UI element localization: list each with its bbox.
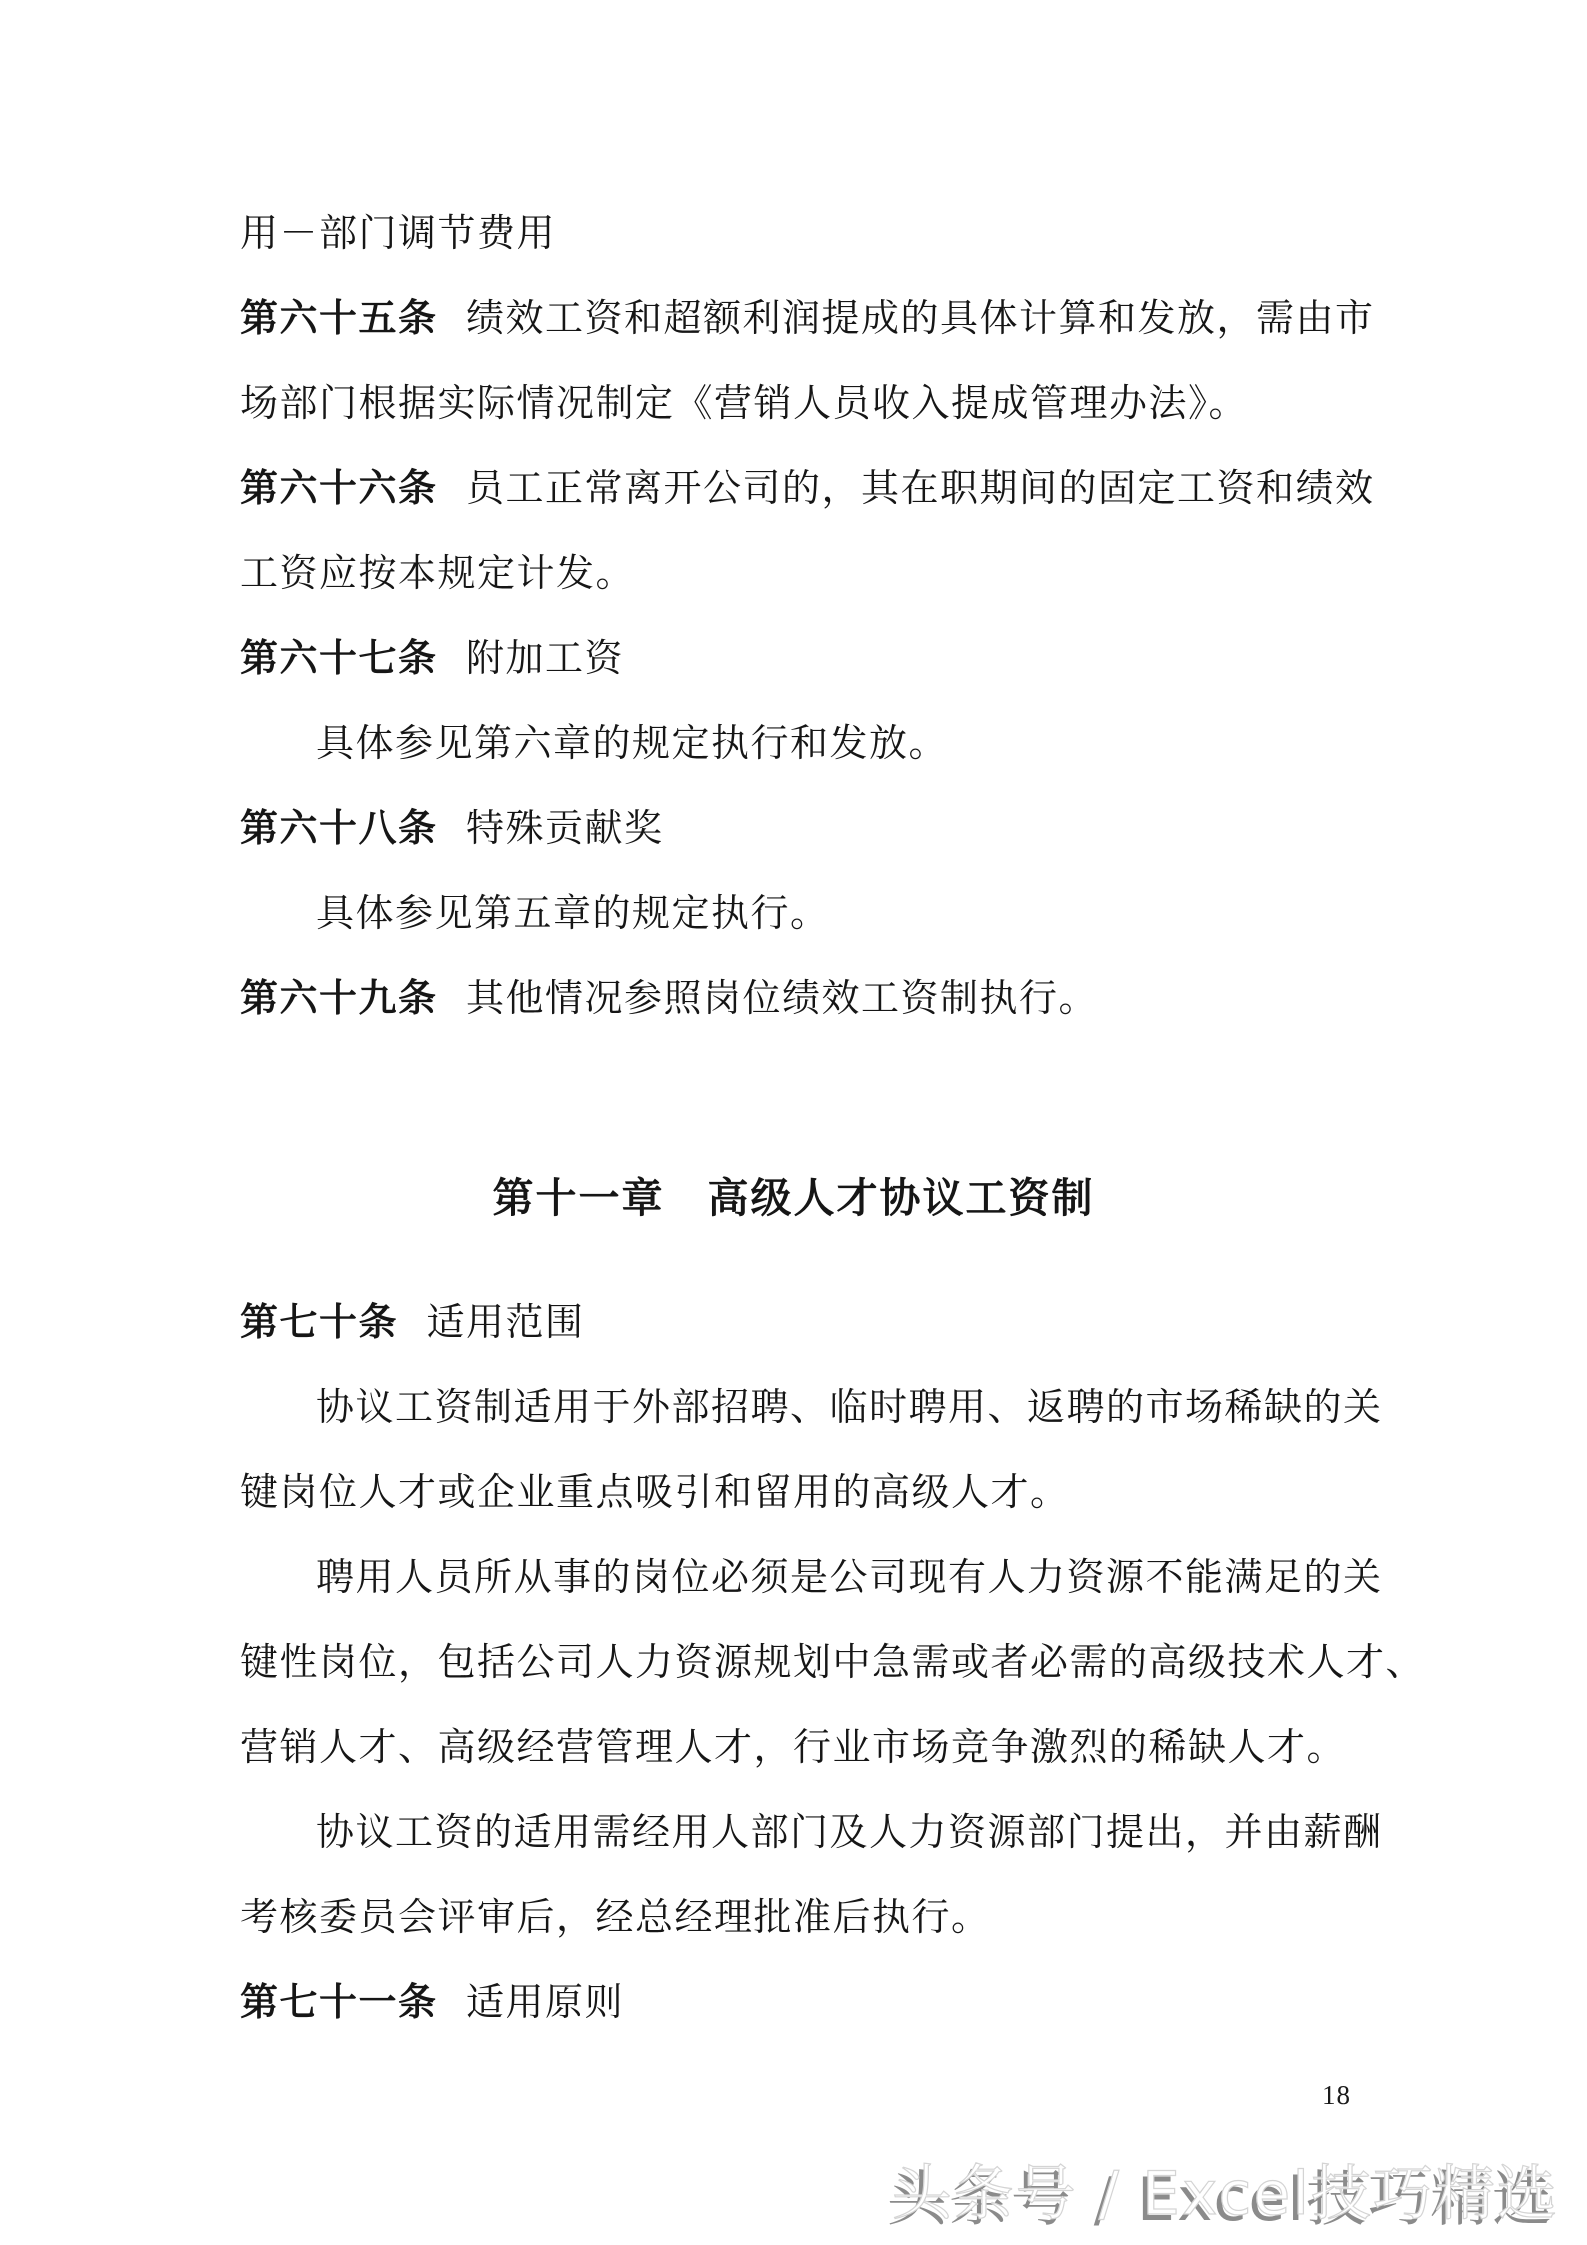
line-text: 键岗位人才或企业重点吸引和留用的高级人才。 <box>240 1472 1070 1514</box>
line-text: 营销人才、高级经营管理人才，行业市场竞争激烈的稀缺人才。 <box>240 1727 1346 1769</box>
line-text: 协议工资的适用需经用人部门及人力资源部门提出，并由薪酬 <box>316 1812 1383 1854</box>
watermark: 头条号 / Excel技巧精选 <box>892 2146 1559 2232</box>
document-line: 协议工资制适用于外部招聘、临时聘用、返聘的市场稀缺的关 <box>240 1366 1450 1451</box>
line-text: 适用原则 <box>466 1982 624 2024</box>
document-page: 用－部门调节费用第六十五条绩效工资和超额利润提成的具体计算和发放，需由市场部门根… <box>0 0 1587 2245</box>
document-line: 第七十一条适用原则 <box>240 1961 1450 2046</box>
line-text: 第十一章 高级人才协议工资制 <box>493 1175 1095 1221</box>
line-text: 绩效工资和超额利润提成的具体计算和发放，需由市 <box>466 298 1375 340</box>
line-text: 具体参见第五章的规定执行。 <box>316 893 830 935</box>
clause-number: 第七十一条 <box>240 1982 438 2024</box>
line-text: 适用范围 <box>427 1302 585 1344</box>
clause-number: 第六十七条 <box>240 638 438 680</box>
document-line: 第六十七条附加工资 <box>240 617 1450 702</box>
line-text: 聘用人员所从事的岗位必须是公司现有人力资源不能满足的关 <box>316 1557 1383 1599</box>
document-line: 第六十八条特殊贡献奖 <box>240 787 1450 872</box>
document-line: 第七十条适用范围 <box>240 1281 1450 1366</box>
document-line: 键岗位人才或企业重点吸引和留用的高级人才。 <box>240 1451 1450 1536</box>
line-text: 工资应按本规定计发。 <box>240 553 635 595</box>
document-line: 第六十九条其他情况参照岗位绩效工资制执行。 <box>240 957 1450 1042</box>
page-number: 18 <box>1322 2080 1351 2110</box>
line-text: 其他情况参照岗位绩效工资制执行。 <box>466 978 1098 1020</box>
line-text: 协议工资制适用于外部招聘、临时聘用、返聘的市场稀缺的关 <box>316 1387 1383 1429</box>
document-line: 用－部门调节费用 <box>240 192 1450 277</box>
line-text: 场部门根据实际情况制定《营销人员收入提成管理办法》。 <box>240 383 1248 425</box>
clause-number: 第七十条 <box>240 1302 398 1344</box>
chapter-heading: 第十一章 高级人才协议工资制 <box>0 1156 1587 1241</box>
clause-number: 第六十六条 <box>240 468 438 510</box>
document-line: 具体参见第六章的规定执行和发放。 <box>240 702 1450 787</box>
document-line: 协议工资的适用需经用人部门及人力资源部门提出，并由薪酬 <box>240 1791 1450 1876</box>
document-line: 键性岗位，包括公司人力资源规划中急需或者必需的高级技术人才、 <box>240 1621 1450 1706</box>
document-line: 聘用人员所从事的岗位必须是公司现有人力资源不能满足的关 <box>240 1536 1450 1621</box>
document-line: 具体参见第五章的规定执行。 <box>240 872 1450 957</box>
line-text: 考核委员会评审后，经总经理批准后执行。 <box>240 1897 991 1939</box>
document-line: 第六十六条员工正常离开公司的，其在职期间的固定工资和绩效 <box>240 447 1450 532</box>
line-text: 用－部门调节费用 <box>240 213 556 255</box>
clause-number: 第六十九条 <box>240 978 438 1020</box>
line-text: 键性岗位，包括公司人力资源规划中急需或者必需的高级技术人才、 <box>240 1642 1425 1684</box>
document-body: 用－部门调节费用第六十五条绩效工资和超额利润提成的具体计算和发放，需由市场部门根… <box>240 192 1450 2046</box>
clause-number: 第六十八条 <box>240 808 438 850</box>
line-text: 具体参见第六章的规定执行和发放。 <box>316 723 948 765</box>
clause-number: 第六十五条 <box>240 298 438 340</box>
document-line: 工资应按本规定计发。 <box>240 532 1450 617</box>
document-line: 考核委员会评审后，经总经理批准后执行。 <box>240 1876 1450 1961</box>
document-line: 营销人才、高级经营管理人才，行业市场竞争激烈的稀缺人才。 <box>240 1706 1450 1791</box>
document-line: 第六十五条绩效工资和超额利润提成的具体计算和发放，需由市 <box>240 277 1450 362</box>
document-line: 场部门根据实际情况制定《营销人员收入提成管理办法》。 <box>240 362 1450 447</box>
line-text: 特殊贡献奖 <box>466 808 664 850</box>
line-text: 员工正常离开公司的，其在职期间的固定工资和绩效 <box>466 468 1375 510</box>
line-text: 附加工资 <box>466 638 624 680</box>
